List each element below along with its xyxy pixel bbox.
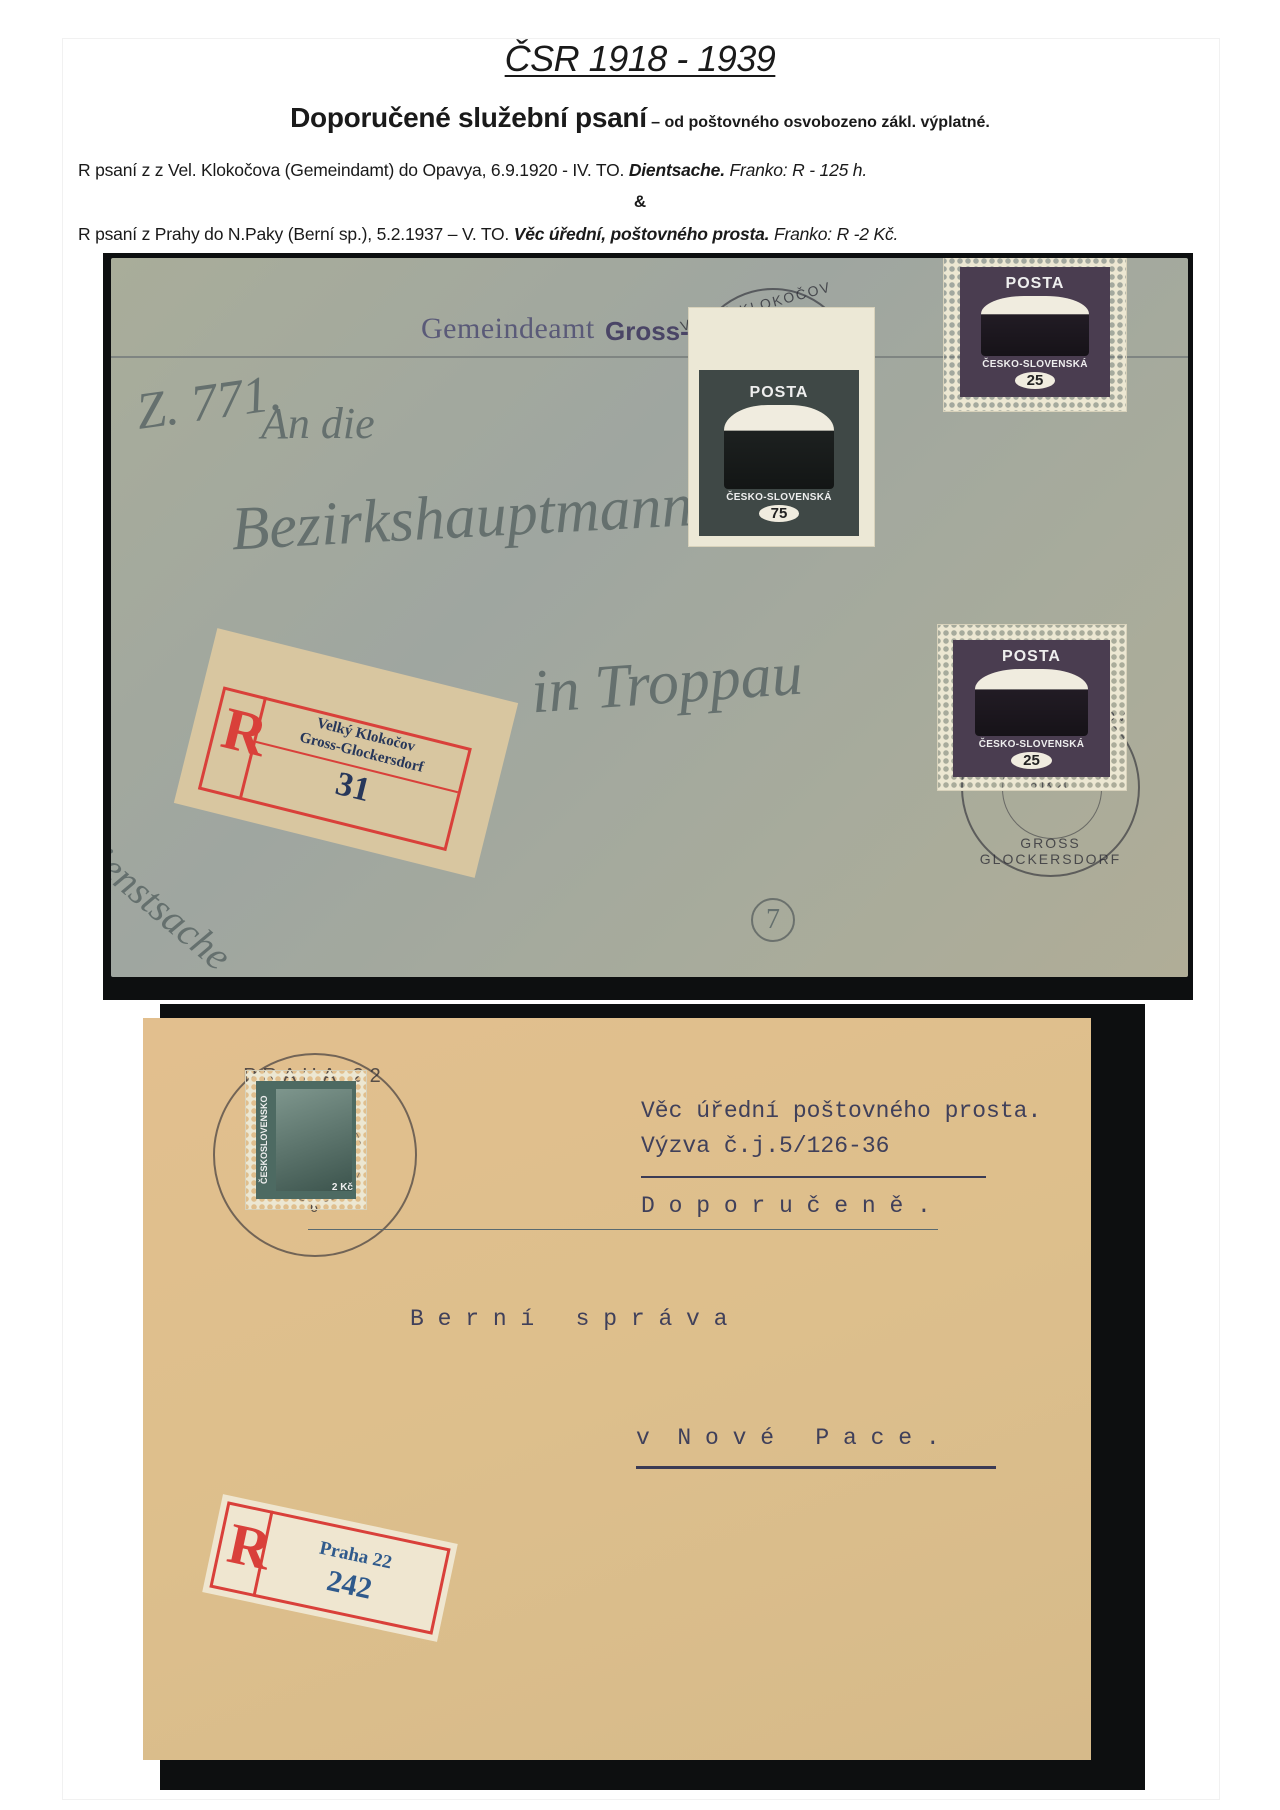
stamp-design: POSTA ČESKO-SLOVENSKÁ 75 bbox=[699, 370, 859, 536]
franko-value: R - 125 h. bbox=[792, 160, 867, 180]
sender-rubber-stamp: Gemeindeamt bbox=[421, 312, 595, 346]
description-item-1: R psaní z z Vel. Klokočova (Gemeindamt) … bbox=[78, 160, 867, 181]
registration-label-2: R Praha 22 242 bbox=[202, 1494, 458, 1642]
subtitle-main: Doporučené služební psaní bbox=[290, 102, 647, 133]
stamp-value: 2 Kč bbox=[332, 1182, 353, 1193]
stamp-hradcany-75h: POSTA ČESKO-SLOVENSKÁ 75 bbox=[689, 308, 874, 546]
typed-reference: Výzva č.j.5/126-36 bbox=[641, 1133, 889, 1159]
franko-value: R -2 Kč. bbox=[837, 224, 899, 244]
handwritten-city: in Troppau bbox=[529, 639, 805, 729]
typed-underline-city bbox=[636, 1466, 996, 1469]
typed-registered: D o p o r u č e n ě . bbox=[641, 1193, 931, 1219]
cover-1920-envelope: Gemeindeamt Gross- Z. 771. An die Bezirk… bbox=[111, 258, 1188, 977]
description-emphasis: Dientsache. bbox=[629, 160, 725, 180]
description-emphasis: Věc úřední, poštovného prosta. bbox=[514, 224, 770, 244]
ruled-line bbox=[308, 1229, 938, 1230]
stamp-hradcany-25h-top: POSTA ČESKO-SLOVENSKÁ 25 bbox=[944, 258, 1126, 411]
subtitle-note: – od poštovného osvobozeno zákl. výplatn… bbox=[647, 114, 990, 131]
description-text: R psaní z z Vel. Klokočova (Gemeindamt) … bbox=[78, 160, 629, 180]
circled-number: 7 bbox=[751, 898, 795, 942]
stamp-2kc: ČESKOSLOVENSKO 2 Kč bbox=[246, 1071, 366, 1209]
handwritten-dienstsache: Dienstsache bbox=[111, 818, 241, 977]
stamp-hradcany-25h-bottom: POSTA ČESKO-SLOVENSKÁ 25 bbox=[938, 625, 1126, 790]
franko-label: Franko: bbox=[769, 224, 836, 244]
typed-city: v N o v é P a c e . bbox=[636, 1425, 940, 1451]
franko-label: Franko: bbox=[725, 160, 792, 180]
stamp-country: ČESKOSLOVENSKO bbox=[259, 1081, 273, 1199]
description-item-2: R psaní z Prahy do N.Paky (Berní sp.), 5… bbox=[78, 224, 898, 245]
registration-label-1: R Velký Klokočov Gross-Glockersdorf 31 bbox=[174, 628, 518, 878]
typed-recipient: B e r n í s p r á v a bbox=[410, 1306, 727, 1332]
handwritten-an-die: An die bbox=[261, 398, 375, 449]
typed-underline bbox=[641, 1176, 986, 1178]
description-text: R psaní z Prahy do N.Paky (Berní sp.), 5… bbox=[78, 224, 514, 244]
typed-official-note: Věc úřední poštovného prosta. bbox=[641, 1098, 1041, 1124]
page-title: ČSR 1918 - 1939 bbox=[0, 38, 1280, 80]
page-subtitle: Doporučené služební psaní – od poštovnéh… bbox=[0, 102, 1280, 134]
separator: & bbox=[0, 192, 1280, 212]
cover-1937-envelope: PRAHA 22 5.II.37-15 6 ČESKOSLOVENSKO 2 K… bbox=[143, 1018, 1091, 1760]
